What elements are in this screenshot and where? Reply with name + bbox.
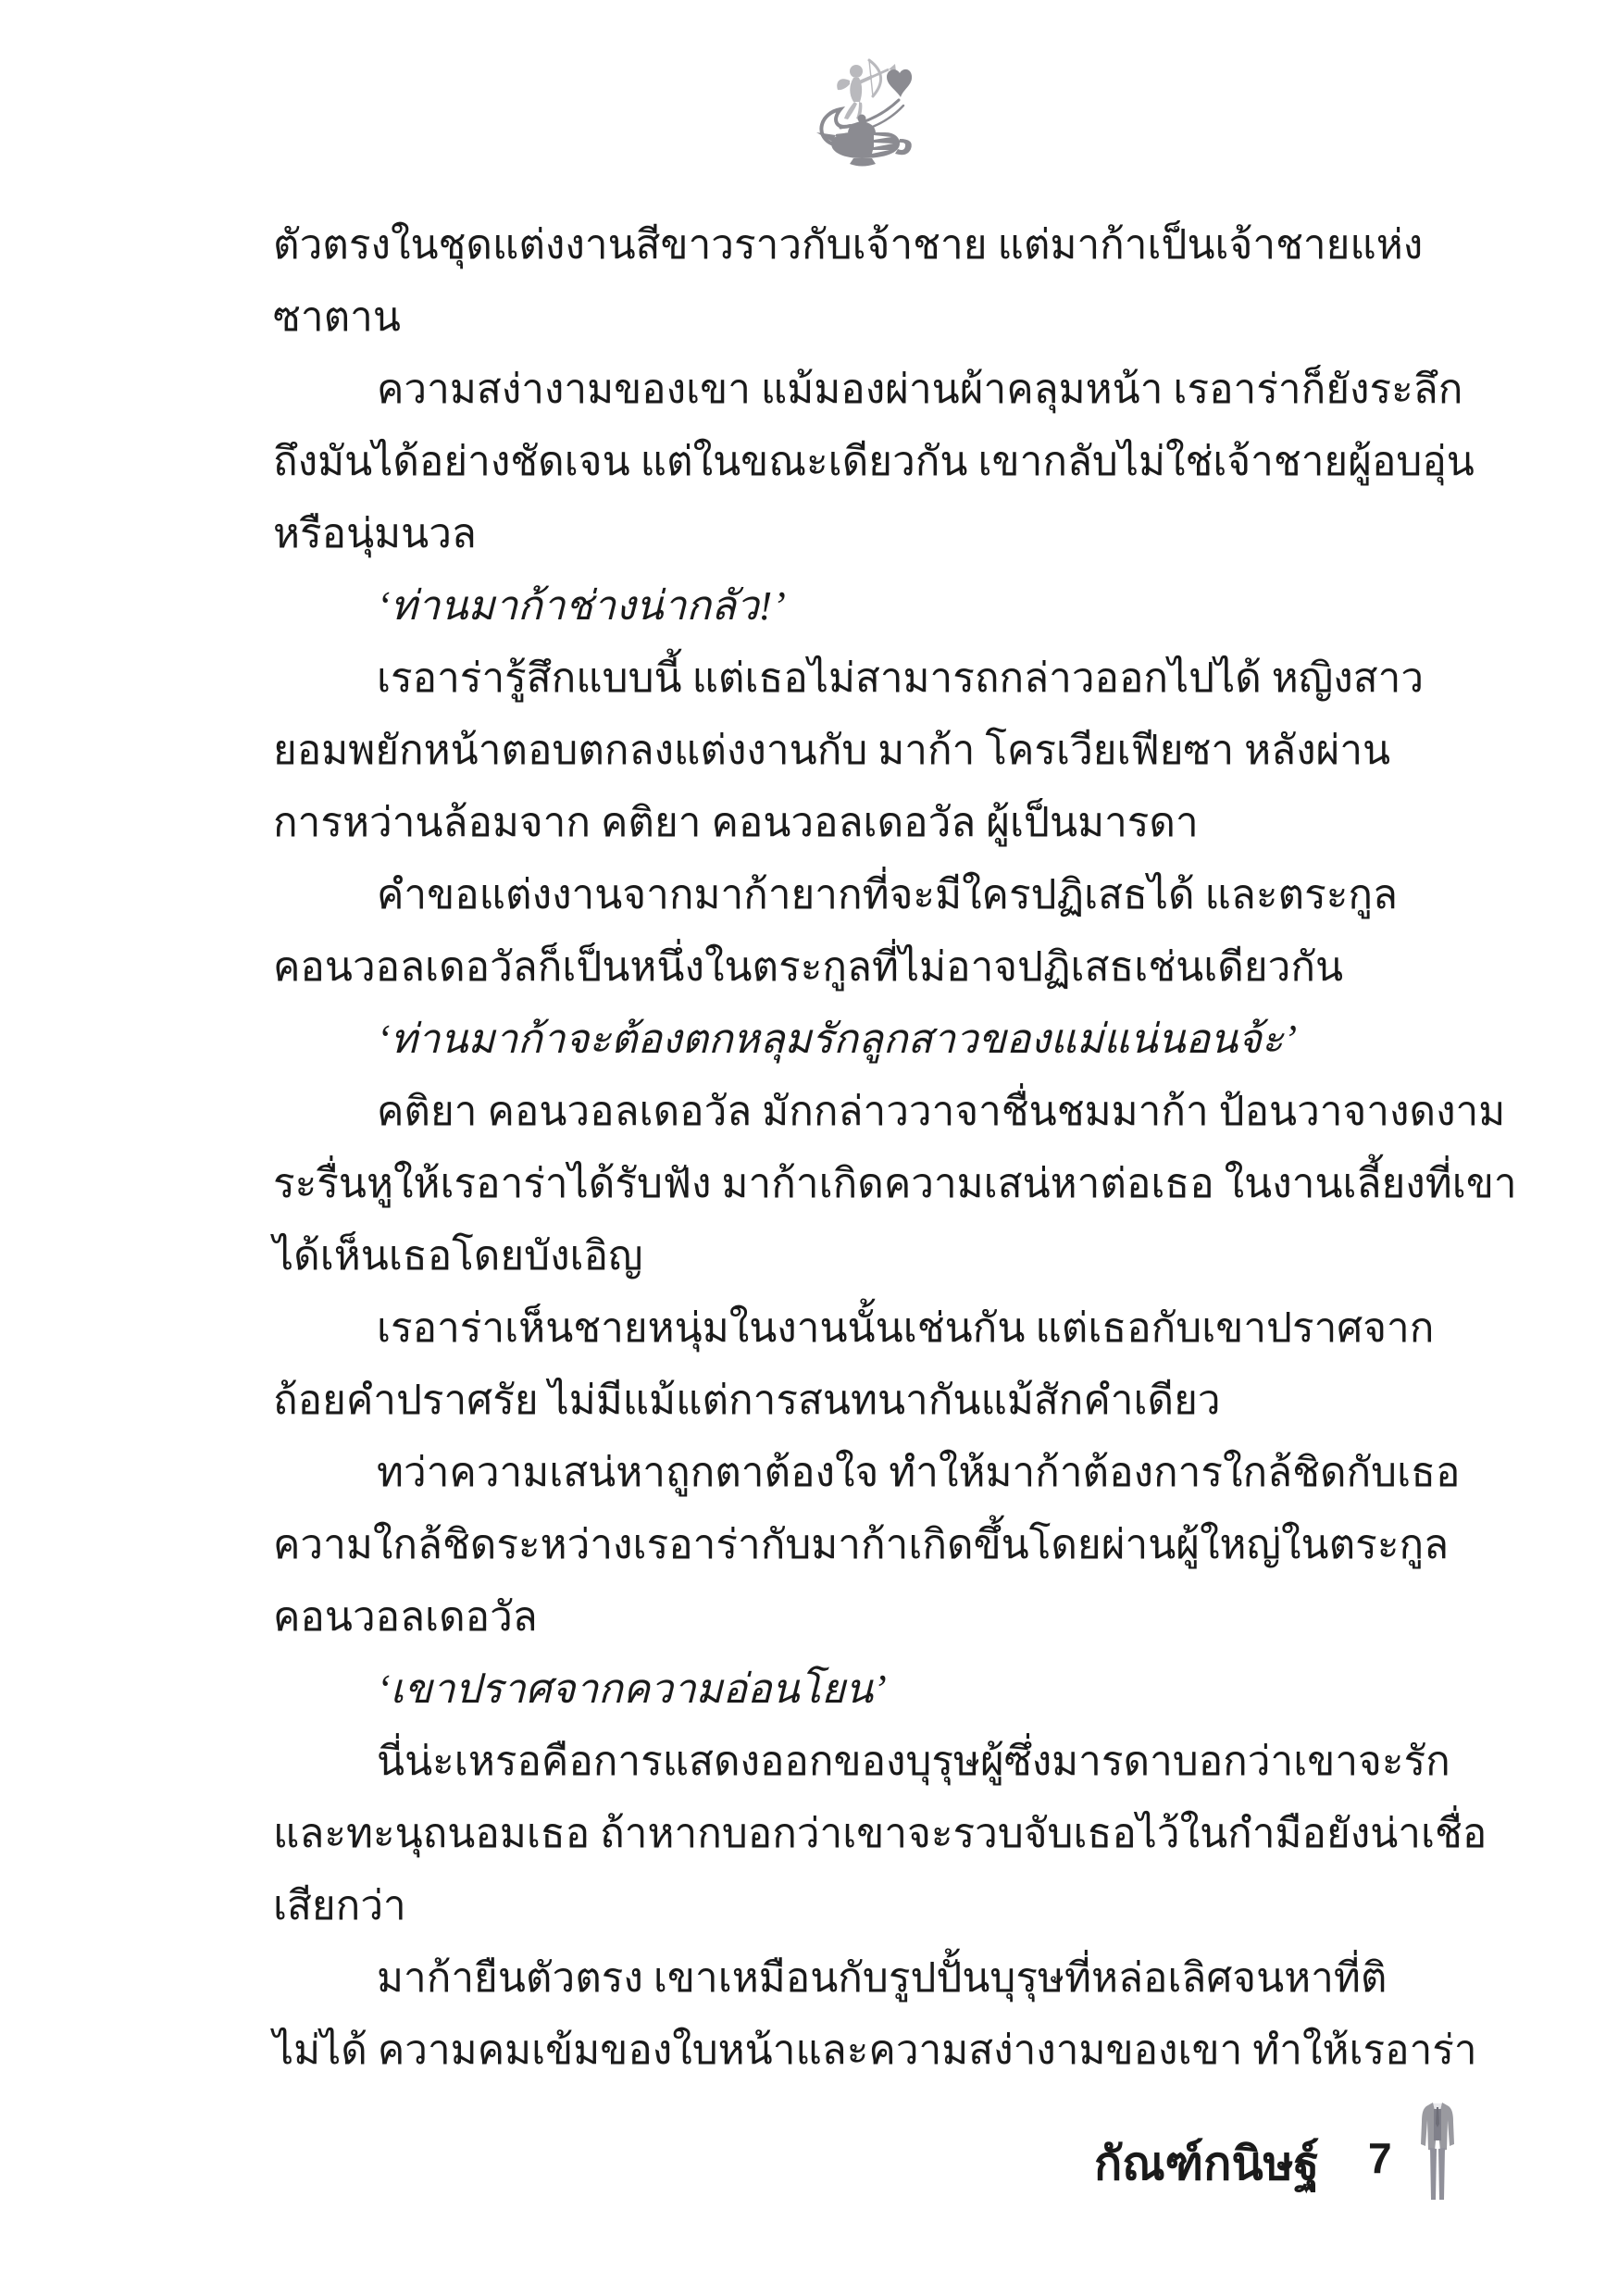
text-line: ระรื่นหูให้เรอาร่าได้รับฟัง มาก้าเกิดควา… bbox=[273, 1148, 1476, 1220]
text-line: ซาตาน bbox=[273, 281, 1476, 354]
text-line: มาก้ายืนตัวตรง เขาเหมือนกับรูปปั้นบุรุษท… bbox=[273, 1942, 1476, 2015]
text-line: ความใกล้ชิดระหว่างเรอาร่ากับมาก้าเกิดขึ้… bbox=[273, 1509, 1476, 1581]
text-line: เรอาร่าเห็นชายหนุ่มในงานนั้นเช่นกัน แต่เ… bbox=[273, 1292, 1476, 1365]
footer-page-number: 7 bbox=[1368, 2133, 1392, 2183]
text-line: และทะนุถนอมเธอ ถ้าหากบอกว่าเขาจะรวบจับเธ… bbox=[273, 1798, 1476, 1870]
text-line-quote: ‘เขาปราศจากความอ่อนโยน’ bbox=[273, 1653, 1476, 1726]
text-line: คติยา คอนวอลเดอวัล มักกล่าววาจาชื่นชมมาก… bbox=[273, 1076, 1476, 1148]
text-line: การหว่านล้อมจาก คติยา คอนวอลเดอวัล ผู้เป… bbox=[273, 787, 1476, 859]
text-line: หรือนุ่มนวล bbox=[273, 498, 1476, 570]
text-line: คำขอแต่งงานจากมาก้ายากที่จะมีใครปฏิเสธได… bbox=[273, 859, 1476, 931]
text-line: เรอาร่ารู้สึกแบบนี้ แต่เธอไม่สามารถกล่าว… bbox=[273, 643, 1476, 715]
text-line: นี่น่ะเหรอคือการแสดงออกของบุรุษผู้ซึ่งมา… bbox=[273, 1726, 1476, 1798]
text-line: คอนวอลเดอวัล bbox=[273, 1581, 1476, 1653]
text-line: ถึงมันได้อย่างชัดเจน แต่ในขณะเดียวกัน เข… bbox=[273, 426, 1476, 498]
text-line: คอนวอลเดอวัลก็เป็นหนึ่งในตระกูลที่ไม่อาจ… bbox=[273, 931, 1476, 1004]
text-line: ถ้อยคำปราศรัย ไม่มีแม้แต่การสนทนากันแม้ส… bbox=[273, 1365, 1476, 1437]
cupid-figure bbox=[837, 65, 872, 119]
text-line: ยอมพยักหน้าตอบตกลงแต่งงานกับ มาก้า โครเว… bbox=[273, 715, 1476, 787]
body-text-block: ตัวตรงในชุดแต่งงานสีขาวราวกับเจ้าชาย แต่… bbox=[273, 209, 1476, 2087]
text-line: เสียกว่า bbox=[273, 1870, 1476, 1942]
genie-lamp bbox=[816, 115, 912, 167]
text-line: ความสง่างามของเขา แม้มองผ่านผ้าคลุมหน้า … bbox=[273, 354, 1476, 426]
man-in-suit-icon bbox=[1417, 2100, 1458, 2209]
text-line: ตัวตรงในชุดแต่งงานสีขาวราวกับเจ้าชาย แต่… bbox=[273, 209, 1476, 281]
book-page: ตัวตรงในชุดแต่งงานสีขาวราวกับเจ้าชาย แต่… bbox=[0, 0, 1618, 2296]
heart bbox=[887, 69, 912, 97]
text-line: ไม่ได้ ความคมเข้มของใบหน้าและความสง่างาม… bbox=[273, 2015, 1476, 2087]
text-line: ได้เห็นเธอโดยบังเอิญ bbox=[273, 1220, 1476, 1292]
footer-chapter-title: กัณฑ์กนิษฐ์ bbox=[1094, 2128, 1319, 2201]
text-line: ทว่าความเสน่หาถูกตาต้องใจ ทำให้มาก้าต้อง… bbox=[273, 1437, 1476, 1509]
cupid-heart-genie-lamp-icon bbox=[803, 54, 918, 170]
text-line-quote: ‘ท่านมาก้าช่างน่ากลัว!’ bbox=[273, 570, 1476, 643]
text-line-quote: ‘ท่านมาก้าจะต้องตกหลุมรักลูกสาวของแม่แน่… bbox=[273, 1004, 1476, 1076]
